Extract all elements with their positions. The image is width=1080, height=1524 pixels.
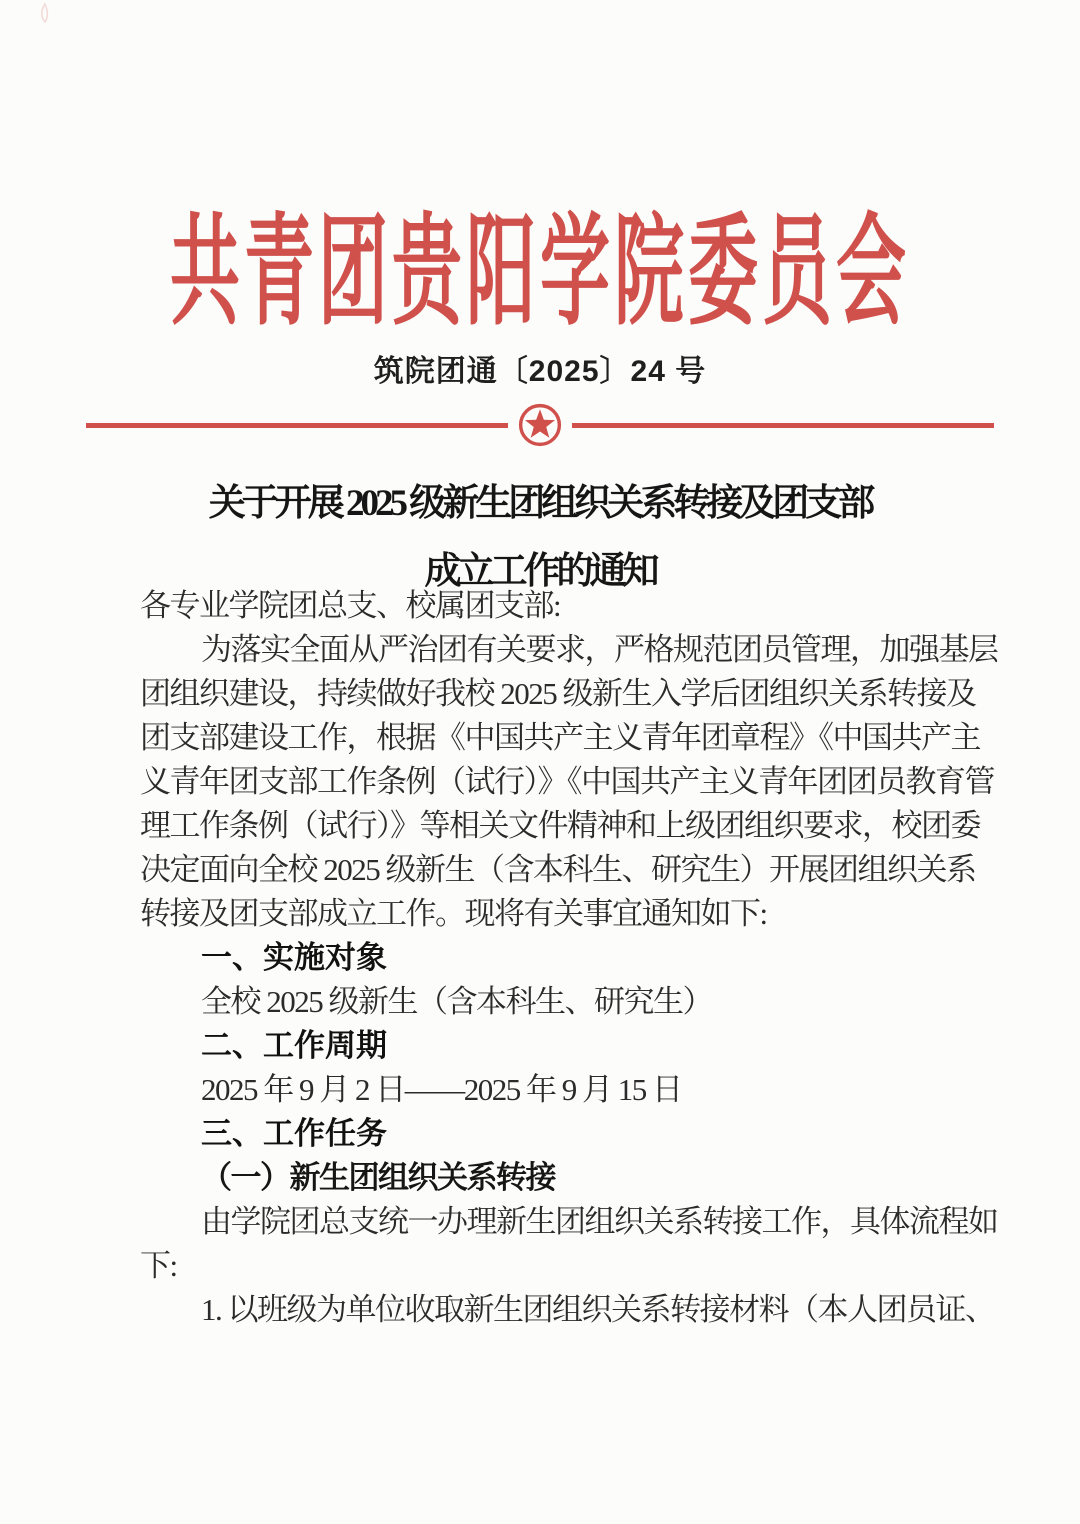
body-line: 二、工作周期 [140, 1024, 1030, 1068]
body-line: 一、实施对象 [140, 936, 1030, 980]
document-page: 共青团贵阳学院委员会 筑院团通〔2025〕24 号 关于开展 2025 级新生团… [0, 0, 1080, 1524]
document-number: 筑院团通〔2025〕24 号 [0, 346, 1080, 390]
letterhead-org-name: 共青团贵阳学院委员会 [170, 175, 910, 349]
body-line: 下: [140, 1244, 1030, 1288]
body-line: 团组织建设，持续做好我校 2025 级新生入学后团组织关系转接及 [140, 672, 1030, 716]
body-line: 全校 2025 级新生（含本科生、研究生） [140, 980, 1030, 1024]
red-divider [86, 402, 994, 448]
body-line: 决定面向全校 2025 级新生（含本科生、研究生）开展团组织关系 [140, 848, 1030, 892]
divider-line-right [572, 423, 994, 428]
body-line: 理工作条例（试行）》等相关文件精神和上级团组织要求，校团委 [140, 804, 1030, 848]
letterhead: 共青团贵阳学院委员会 [0, 188, 1080, 336]
star-in-circle-icon [517, 402, 563, 448]
body-line: 2025 年 9 月 2 日——2025 年 9 月 15 日 [140, 1068, 1030, 1112]
body-line: 义青年团支部工作条例（试行）》《中国共产主义青年团团员教育管 [140, 760, 1030, 804]
document-title-line-1: 关于开展 2025 级新生团组织关系转接及团支部 [0, 472, 1080, 526]
body-line: 三、工作任务 [140, 1112, 1030, 1156]
body-line: 1. 以班级为单位收取新生团组织关系转接材料（本人团员证、 [140, 1288, 1030, 1332]
body-line: （一）新生团组织关系转接 [140, 1156, 1030, 1200]
body-line: 为落实全面从严治团有关要求，严格规范团员管理，加强基层 [140, 628, 1030, 672]
divider-line-left [86, 423, 508, 428]
body-line: 各专业学院团总支、校属团支部: [140, 584, 1030, 628]
scan-artifact-mark [36, 2, 54, 30]
body-line: 团支部建设工作，根据《中国共产主义青年团章程》《中国共产主 [140, 716, 1030, 760]
body-line: 转接及团支部成立工作。现将有关事宜通知如下: [140, 892, 1030, 936]
document-body: 各专业学院团总支、校属团支部:为落实全面从严治团有关要求，严格规范团员管理，加强… [140, 584, 1030, 1332]
body-line: 由学院团总支统一办理新生团组织关系转接工作，具体流程如 [140, 1200, 1030, 1244]
